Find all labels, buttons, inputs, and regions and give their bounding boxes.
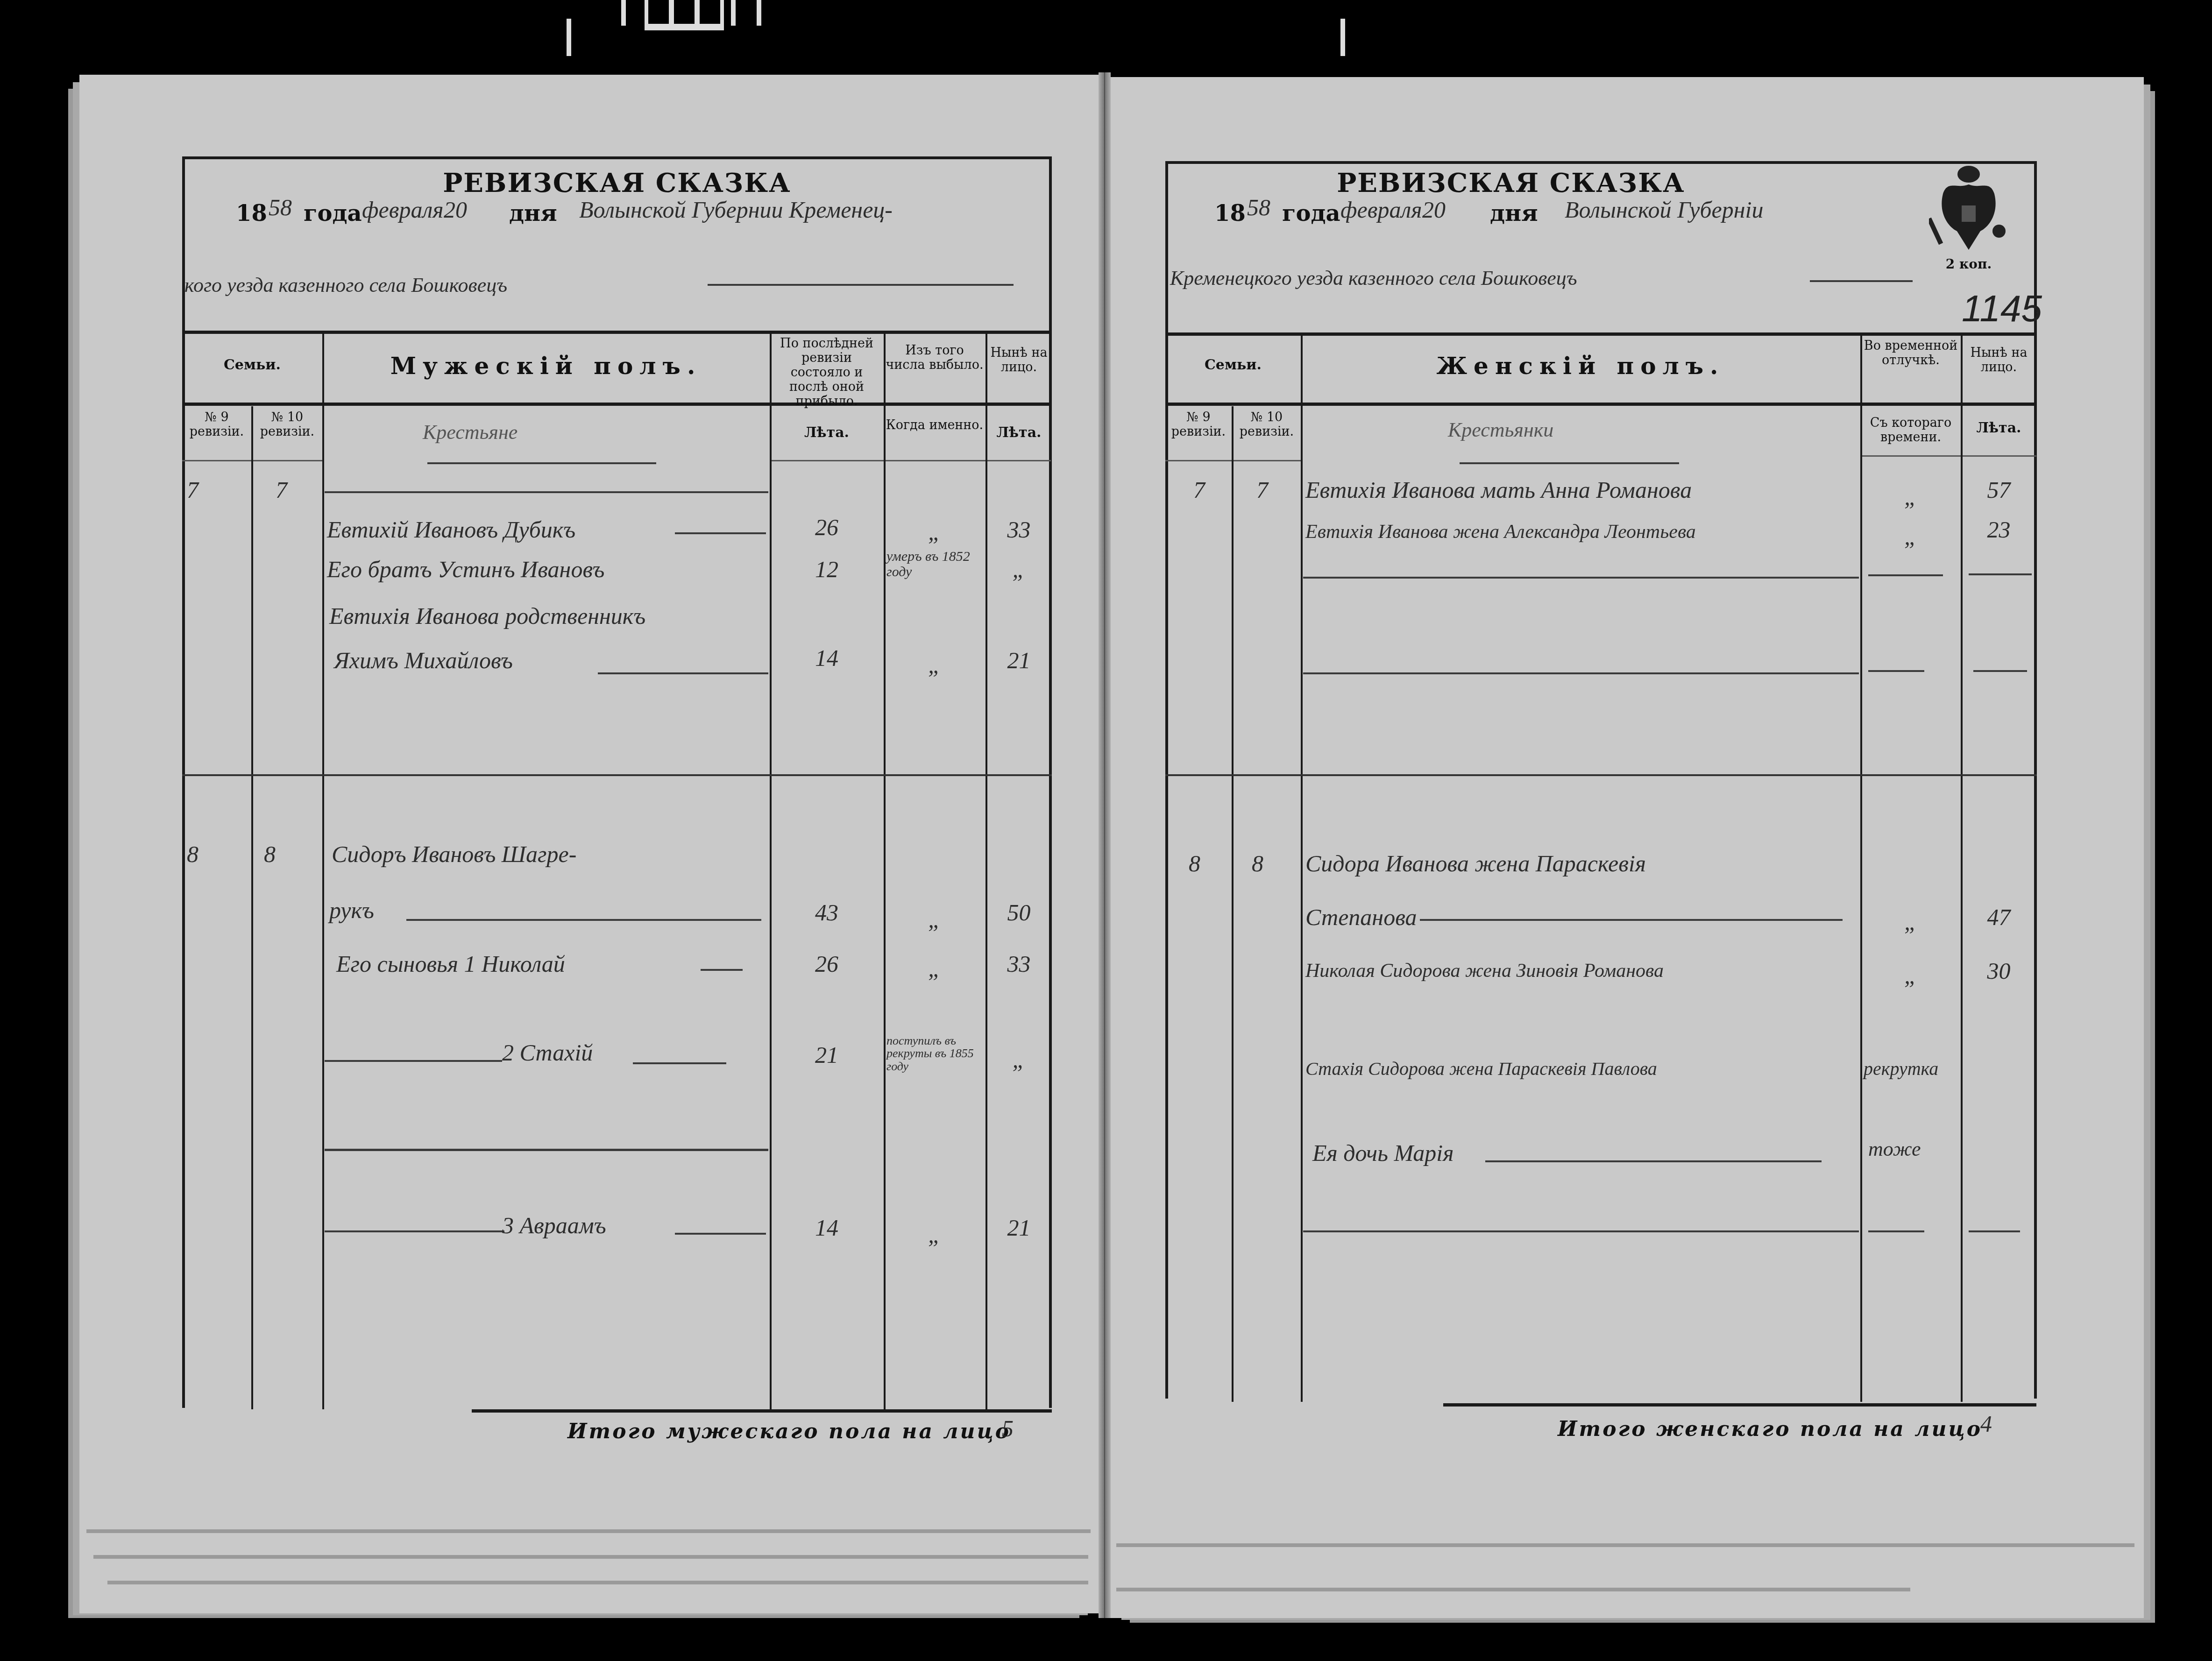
subheader-rule xyxy=(771,460,1051,461)
stamp-value: 2 коп. xyxy=(1929,257,2008,272)
fill-line xyxy=(1303,1230,1859,1232)
totals-rule xyxy=(1443,1403,2036,1407)
column-rule xyxy=(322,331,324,1409)
person-name: Евтихія Иванова родственникъ xyxy=(329,602,645,629)
fill-line xyxy=(701,969,743,971)
year-handwritten: 58 xyxy=(269,194,292,221)
film-mark xyxy=(1340,19,1345,56)
now-age: 47 xyxy=(1963,904,2035,931)
absence: „ xyxy=(1862,483,1959,510)
prev-age: 43 xyxy=(772,899,882,926)
person-name: Сидоръ Ивановъ Шагре- xyxy=(332,841,576,868)
header-rule xyxy=(1165,332,2037,336)
fill-line xyxy=(1868,574,1943,576)
person-name: Евтихія Иванова мать Анна Романова xyxy=(1305,476,1692,503)
fill-line xyxy=(1868,1230,1924,1232)
rev9-number: 7 xyxy=(1193,476,1205,503)
departed: „ xyxy=(886,1221,984,1248)
prev-age: 14 xyxy=(772,1214,882,1241)
now-age: 33 xyxy=(987,516,1050,543)
now-age: „ xyxy=(987,556,1050,583)
fill-line xyxy=(325,491,768,493)
rev10-number: 8 xyxy=(1252,850,1263,877)
year-word: года xyxy=(1282,201,1340,226)
rev10-number: 7 xyxy=(1256,476,1268,503)
month-handwritten: февраля xyxy=(362,196,443,223)
fill-line xyxy=(1969,1230,2020,1232)
year-prefix: 18 xyxy=(236,201,267,226)
header-male-sex: Мужескій полъ. xyxy=(322,353,770,380)
film-mark xyxy=(645,0,673,30)
person-name: Стахія Сидорова жена Параскевія Павлова xyxy=(1305,1058,1657,1080)
header-families: Семьи. xyxy=(182,357,322,374)
absence: „ xyxy=(1862,523,1959,550)
film-mark xyxy=(757,0,761,26)
column-rule xyxy=(251,406,253,1409)
rev10-number: 7 xyxy=(276,476,287,503)
page-fold xyxy=(86,1529,1091,1533)
family-separator xyxy=(182,774,1052,776)
year-prefix: 18 xyxy=(1214,201,1246,226)
prev-age: 26 xyxy=(772,950,882,977)
rev9-number: 8 xyxy=(1189,850,1200,877)
column-rule xyxy=(1232,406,1234,1402)
male-total-label: Итого мужескаго пола на лицо xyxy=(567,1420,1011,1443)
film-mark xyxy=(621,0,626,26)
fill-line xyxy=(1460,462,1679,464)
estate-label: Крестьяне xyxy=(423,420,518,444)
prev-age: 14 xyxy=(772,644,882,671)
person-name: рукъ xyxy=(329,897,374,924)
absence: „ xyxy=(1862,962,1959,989)
estate-label: Крестьянки xyxy=(1448,418,1553,442)
header-years-2: Лѣта. xyxy=(987,425,1050,441)
now-age: 21 xyxy=(987,647,1050,674)
subheader-rule xyxy=(1861,455,2036,457)
year-handwritten: 58 xyxy=(1247,194,1270,221)
folio-number: 1145 xyxy=(1962,287,2042,330)
month-handwritten: февраля xyxy=(1340,196,1422,223)
header-rev10: № 10 ревизіи. xyxy=(1234,410,1300,439)
totals-rule xyxy=(472,1409,1052,1413)
fill-line xyxy=(1973,670,2027,672)
fill-line xyxy=(325,1230,504,1232)
film-mark xyxy=(696,0,724,30)
location-line-1: Волынской Губернии Кременец- xyxy=(579,196,893,223)
now-age: 23 xyxy=(1963,516,2035,543)
departed: „ xyxy=(886,906,984,933)
fill-line xyxy=(1868,670,1924,672)
film-mark xyxy=(567,19,571,56)
day-word: дня xyxy=(1490,201,1538,226)
day-word: дня xyxy=(509,201,557,226)
page-fold xyxy=(107,1581,1088,1584)
departed: умеръ въ 1852 году xyxy=(886,549,983,580)
male-total-value: 5 xyxy=(1002,1415,1014,1442)
header-rule xyxy=(1165,403,2037,406)
fill-line xyxy=(1303,577,1859,579)
female-total-label: Итого женскаго пола на лицо xyxy=(1558,1417,1982,1441)
departed: „ xyxy=(886,518,984,545)
header-rule xyxy=(182,331,1052,334)
header-temporary-absence: Во временной отлучкѣ. xyxy=(1862,339,1959,368)
now-age: 33 xyxy=(987,950,1050,977)
prev-age: 26 xyxy=(772,514,882,541)
fill-line xyxy=(708,284,1014,286)
fill-line xyxy=(675,532,766,534)
location-line-1: Волынской Губерніи xyxy=(1565,196,1763,223)
fill-line xyxy=(325,1060,502,1062)
person-name: Евтихій Ивановъ Дубикъ xyxy=(327,516,575,543)
column-rule xyxy=(1301,332,1303,1402)
prev-age: 12 xyxy=(772,556,882,583)
page-fold xyxy=(93,1555,1088,1559)
fill-line xyxy=(427,462,656,464)
header-since-when: Съ котораго времени. xyxy=(1862,416,1959,445)
fill-line xyxy=(1420,919,1843,921)
header-departed: Изъ того числа выбыло. xyxy=(886,343,984,372)
absence: тоже xyxy=(1868,1137,1921,1161)
header-rev9: № 9 ревизіи. xyxy=(1166,410,1231,439)
person-name: Сидора Иванова жена Параскевія xyxy=(1305,850,1646,877)
person-name: Его братъ Устинъ Ивановъ xyxy=(327,556,604,583)
book-gutter xyxy=(1099,72,1111,1618)
header-now-present: Нынѣ на лицо. xyxy=(987,346,1050,375)
departed: „ xyxy=(886,651,984,679)
fill-line xyxy=(598,672,768,674)
imperial-eagle-stamp: 2 коп. xyxy=(1929,161,2008,269)
person-name: Николая Сидорова жена Зиновія Романова xyxy=(1305,960,1664,982)
person-name: Степанова xyxy=(1305,904,1417,931)
fill-line xyxy=(633,1062,726,1064)
now-age: 57 xyxy=(1963,476,2035,503)
header-now-present: Нынѣ на лицо. xyxy=(1963,346,2035,375)
rev10-number: 8 xyxy=(264,841,276,868)
column-rule xyxy=(985,331,987,1409)
film-mark xyxy=(670,0,698,30)
fill-line xyxy=(1303,672,1859,674)
fill-line xyxy=(675,1233,766,1235)
female-total-value: 4 xyxy=(1980,1410,1992,1437)
person-name: Ея дочь Марія xyxy=(1312,1139,1453,1166)
fill-line xyxy=(1969,573,2032,575)
now-age: 21 xyxy=(987,1214,1050,1241)
fill-line xyxy=(325,1149,768,1151)
location-line-2: Кременецкого уезда казенного села Бошков… xyxy=(1170,266,1577,290)
departed: поступилъ въ рекруты въ 1855 году xyxy=(886,1034,983,1073)
person-name: 2 Стахій xyxy=(502,1039,593,1066)
page-fold xyxy=(1116,1543,2134,1547)
absence: „ xyxy=(1862,908,1959,935)
fill-line xyxy=(1485,1160,1822,1162)
absence: рекрутка xyxy=(1864,1058,1938,1080)
film-mark xyxy=(731,0,736,26)
person-name: Его сыновья 1 Николай xyxy=(336,950,565,977)
header-rule xyxy=(182,403,1052,406)
double-headed-eagle-icon xyxy=(1929,161,2008,254)
person-name: Яхимъ Михайловъ xyxy=(334,647,513,674)
header-years: Лѣта. xyxy=(1963,420,2035,437)
day-handwritten: 20 xyxy=(1422,196,1446,223)
prev-age: 21 xyxy=(772,1041,882,1068)
form-title: РЕВИЗСКАЯ СКАЗКА xyxy=(182,168,1052,198)
now-age: 50 xyxy=(987,899,1050,926)
fill-line xyxy=(406,919,761,921)
now-age: 30 xyxy=(1963,957,2035,984)
day-handwritten: 20 xyxy=(444,196,467,223)
header-rev10: № 10 ревизіи. xyxy=(253,410,321,439)
header-rev9: № 9 ревизіи. xyxy=(183,410,250,439)
header-female-sex: Женскій полъ. xyxy=(1301,353,1860,380)
header-when: Когда именно. xyxy=(886,418,984,432)
page-fold xyxy=(1116,1588,1910,1591)
fill-line xyxy=(1810,280,1913,282)
rev9-number: 7 xyxy=(187,476,199,503)
person-name: 3 Авраамъ xyxy=(502,1212,606,1239)
departed: „ xyxy=(886,955,984,982)
now-age: „ xyxy=(987,1046,1050,1073)
rev9-number: 8 xyxy=(187,841,199,868)
location-line-2: кого уезда казенного села Бошковецъ xyxy=(184,273,507,297)
header-last-revision: По послѣдней ревизіи состояло и послѣ он… xyxy=(772,336,882,409)
person-name: Евтихія Иванова жена Александра Леонтьев… xyxy=(1305,521,1696,543)
family-separator xyxy=(1165,774,2037,776)
year-word: года xyxy=(304,201,362,226)
header-families: Семьи. xyxy=(1165,357,1301,374)
header-years-1: Лѣта. xyxy=(772,425,882,441)
column-rule xyxy=(770,331,772,1409)
